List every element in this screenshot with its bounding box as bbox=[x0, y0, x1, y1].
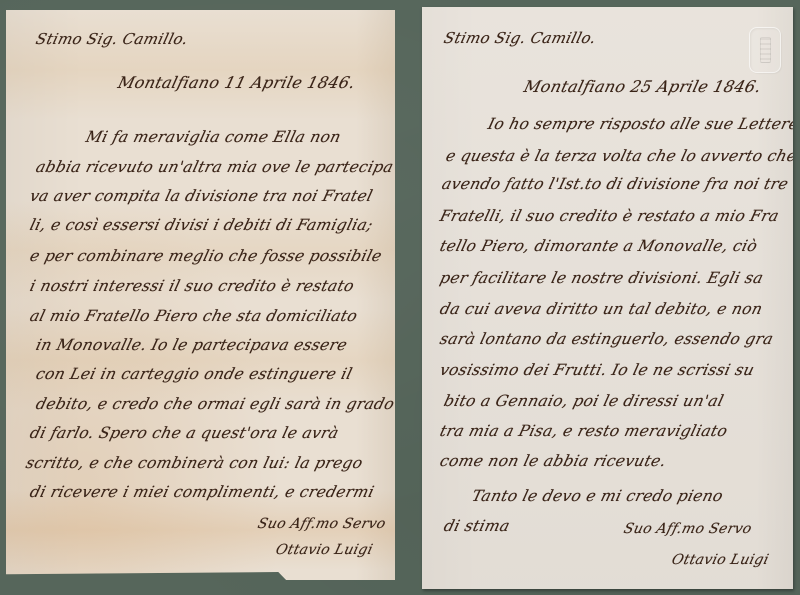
letter-left-line: va aver compita la divisione tra noi Fra… bbox=[28, 187, 375, 205]
letter-right-line: e questa è la terza volta che lo avverto… bbox=[444, 147, 793, 165]
embossed-stamp-icon bbox=[749, 27, 781, 73]
letter-left-line: in Monovalle. Io le partecipava essere bbox=[34, 336, 349, 354]
letter-right-line: avendo fatto l'Ist.to di divisione fra n… bbox=[440, 175, 790, 193]
letter-left-closing: Suo Aff.mo Servo bbox=[256, 516, 388, 532]
letter-right-sheet: Stimo Sig. Camillo. Montalfiano 25 April… bbox=[422, 7, 793, 589]
letter-left-line: di ricevere i miei complimenti, e creder… bbox=[28, 483, 376, 501]
letter-right-line: tra mia a Pisa, e resto meravigliato bbox=[438, 422, 730, 440]
letter-left-signature: Ottavio Luigi bbox=[274, 542, 374, 558]
letter-right-postscript: Tanto le devo e mi credo pieno bbox=[470, 487, 725, 505]
letter-right-line: vosissimo dei Frutti. Io le ne scrissi s… bbox=[438, 361, 756, 379]
letter-right-line: da cui aveva diritto un tal debito, e no… bbox=[438, 300, 765, 318]
letter-left-line: debito, e credo che ormai egli sarà in g… bbox=[34, 395, 395, 413]
letter-right-line: sarà lontano da estinguerlo, essendo gra bbox=[438, 330, 775, 348]
letter-right-line: per facilitare le nostre divisioni. Egli… bbox=[438, 269, 765, 287]
letter-left-line: e per combinare meglio che fosse possibi… bbox=[28, 247, 384, 265]
letter-right-line: Io ho sempre risposto alle sue Lettere, bbox=[486, 115, 793, 133]
letter-left-line: scritto, e che combinerà con lui: la pre… bbox=[24, 454, 365, 472]
letter-right-closing: Suo Aff.mo Servo bbox=[622, 521, 754, 537]
letter-right-line: come non le abbia ricevute. bbox=[438, 452, 668, 470]
letter-right-date: Montalfiano 25 Aprile 1846. bbox=[522, 77, 763, 96]
letter-left-date: Montalfiano 11 Aprile 1846. bbox=[116, 73, 357, 92]
letter-left-line: di farlo. Spero che a quest'ora le avrà bbox=[28, 424, 341, 442]
letter-left-line: abbia ricevuto un'altra mia ove le parte… bbox=[34, 158, 395, 176]
letter-right-line: bito a Gennaio, poi le diressi un'al bbox=[442, 392, 726, 410]
letter-left-line: Mi fa meraviglia come Ella non bbox=[84, 128, 343, 146]
mount-gap bbox=[395, 0, 422, 595]
letter-left-line: i nostri interessi il suo credito è rest… bbox=[28, 277, 356, 295]
letter-right-salutation: Stimo Sig. Camillo. bbox=[442, 29, 598, 47]
letter-left-line: con Lei in carteggio onde estinguere il bbox=[34, 365, 354, 383]
letter-right-line: Fratelli, il suo credito è restato a mio… bbox=[438, 207, 781, 225]
letter-left-salutation: Stimo Sig. Camillo. bbox=[34, 30, 190, 48]
letter-right-line: tello Piero, dimorante a Monovalle, ciò bbox=[438, 237, 759, 255]
letter-right-signature: Ottavio Luigi bbox=[670, 552, 770, 568]
letter-left-line: al mio Fratello Piero che sta domiciliat… bbox=[28, 307, 359, 325]
letter-left-sheet: Stimo Sig. Camillo. Montalfiano 11 April… bbox=[6, 10, 395, 580]
letter-left-line: li, e così essersi divisi i debiti di Fa… bbox=[28, 216, 375, 234]
letter-right-postscript-2: di stima bbox=[442, 517, 512, 535]
